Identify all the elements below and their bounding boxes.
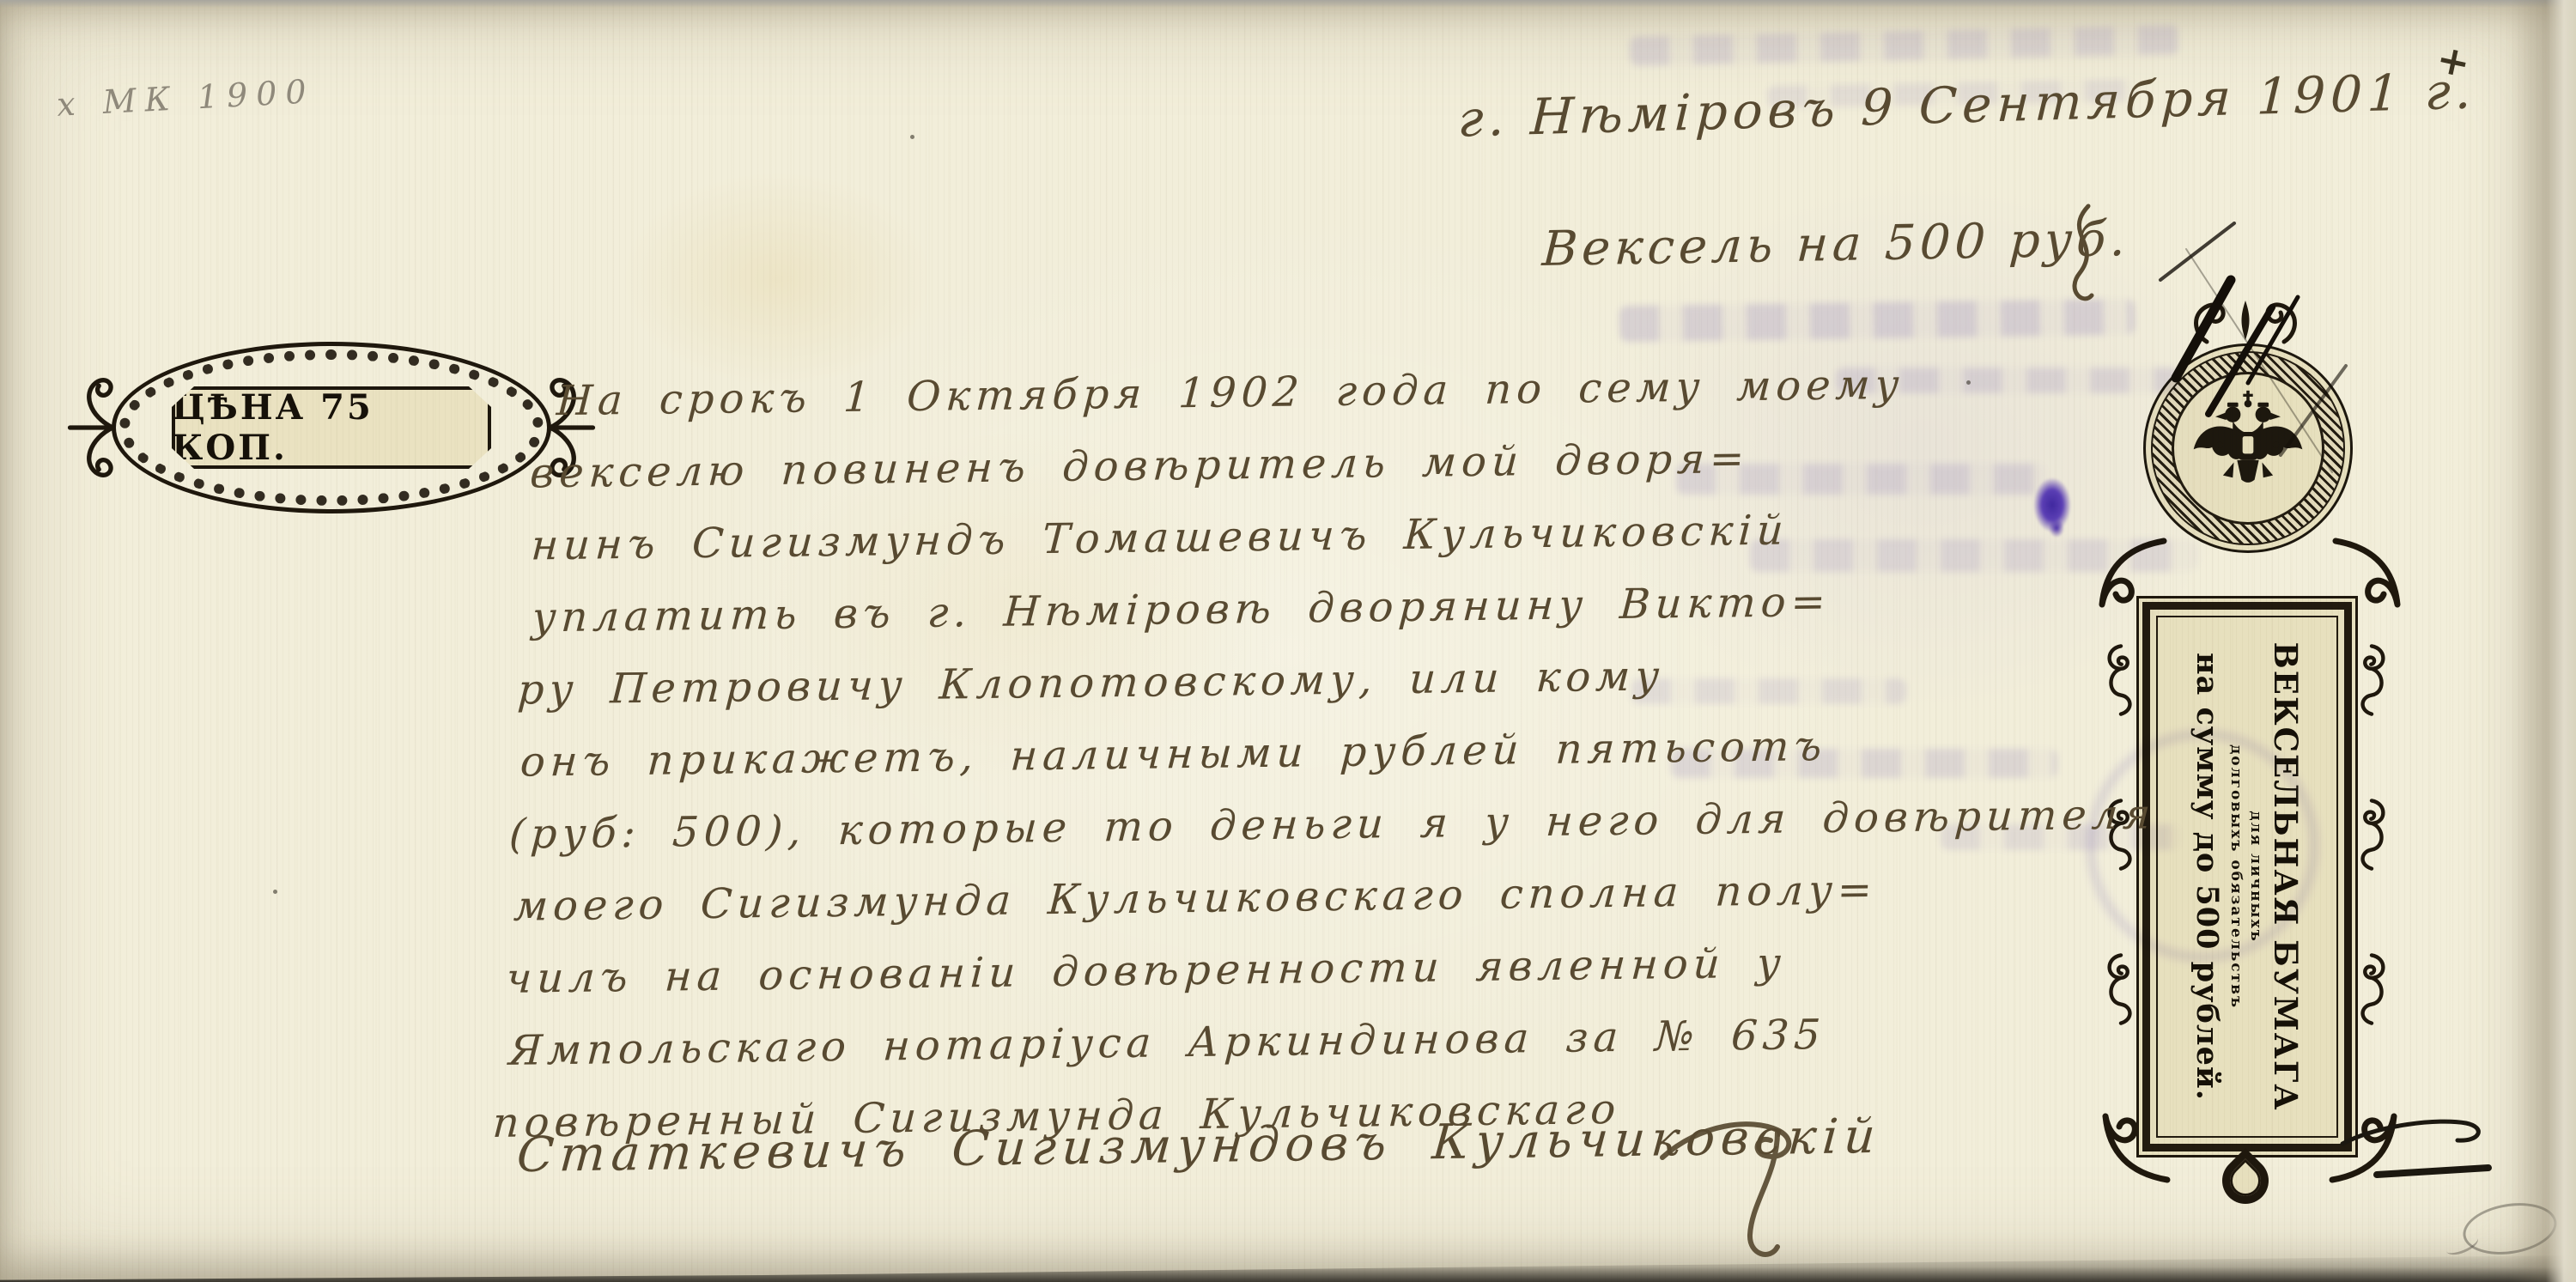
ink-cancel-strokes bbox=[2152, 197, 2358, 481]
price-oval-stamp: ЦѢНА 75 КОП. bbox=[112, 342, 551, 513]
revenue-stamp-text: ВЕКСЕЛЬНАЯ БУМАГА для личныхъ долговыхъ … bbox=[2159, 619, 2336, 1134]
signature-flourish-icon bbox=[1649, 1106, 1872, 1278]
scan-edge-top bbox=[0, 0, 2576, 8]
violet-ink-blot bbox=[2033, 477, 2071, 532]
scroll-ornament-icon bbox=[2353, 783, 2391, 886]
price-panel: ЦѢНА 75 КОП. bbox=[172, 386, 491, 469]
handwritten-body: На срокъ 1 Октября 1902 года по сему мое… bbox=[490, 345, 2182, 1159]
price-stamp-label: ЦѢНА 75 КОП. bbox=[172, 387, 491, 468]
ink-check-mark bbox=[2336, 1108, 2507, 1194]
promissory-note-scan: х МК 1900 + г. Нѣміровъ 9 Сентября 1901 … bbox=[0, 0, 2576, 1282]
scroll-ornament-icon bbox=[2353, 938, 2391, 1041]
paper-speck bbox=[910, 135, 914, 139]
finial-drop-ornament bbox=[2213, 1148, 2278, 1213]
paper-speck bbox=[1966, 380, 1971, 385]
handwritten-amount-line: Вексель на 500 руб. bbox=[1540, 211, 2131, 277]
revenue-stamp-title: ВЕКСЕЛЬНАЯ БУМАГА bbox=[2267, 641, 2305, 1111]
paper-speck bbox=[273, 890, 277, 894]
torn-edge-right bbox=[2509, 0, 2576, 1282]
pen-squiggle-icon bbox=[2054, 199, 2114, 319]
revenue-stamp-amount: на сумму до 500 рублей. bbox=[2190, 653, 2225, 1101]
revenue-stamp-subtitle: долговыхъ обязательствъ bbox=[2227, 744, 2245, 1009]
scroll-ornament-icon bbox=[2353, 629, 2391, 732]
revenue-stamp-panel: ВЕКСЕЛЬНАЯ БУМАГА для личныхъ долговыхъ … bbox=[2136, 596, 2358, 1157]
revenue-stamp-subtitle: для личныхъ bbox=[2247, 811, 2264, 943]
